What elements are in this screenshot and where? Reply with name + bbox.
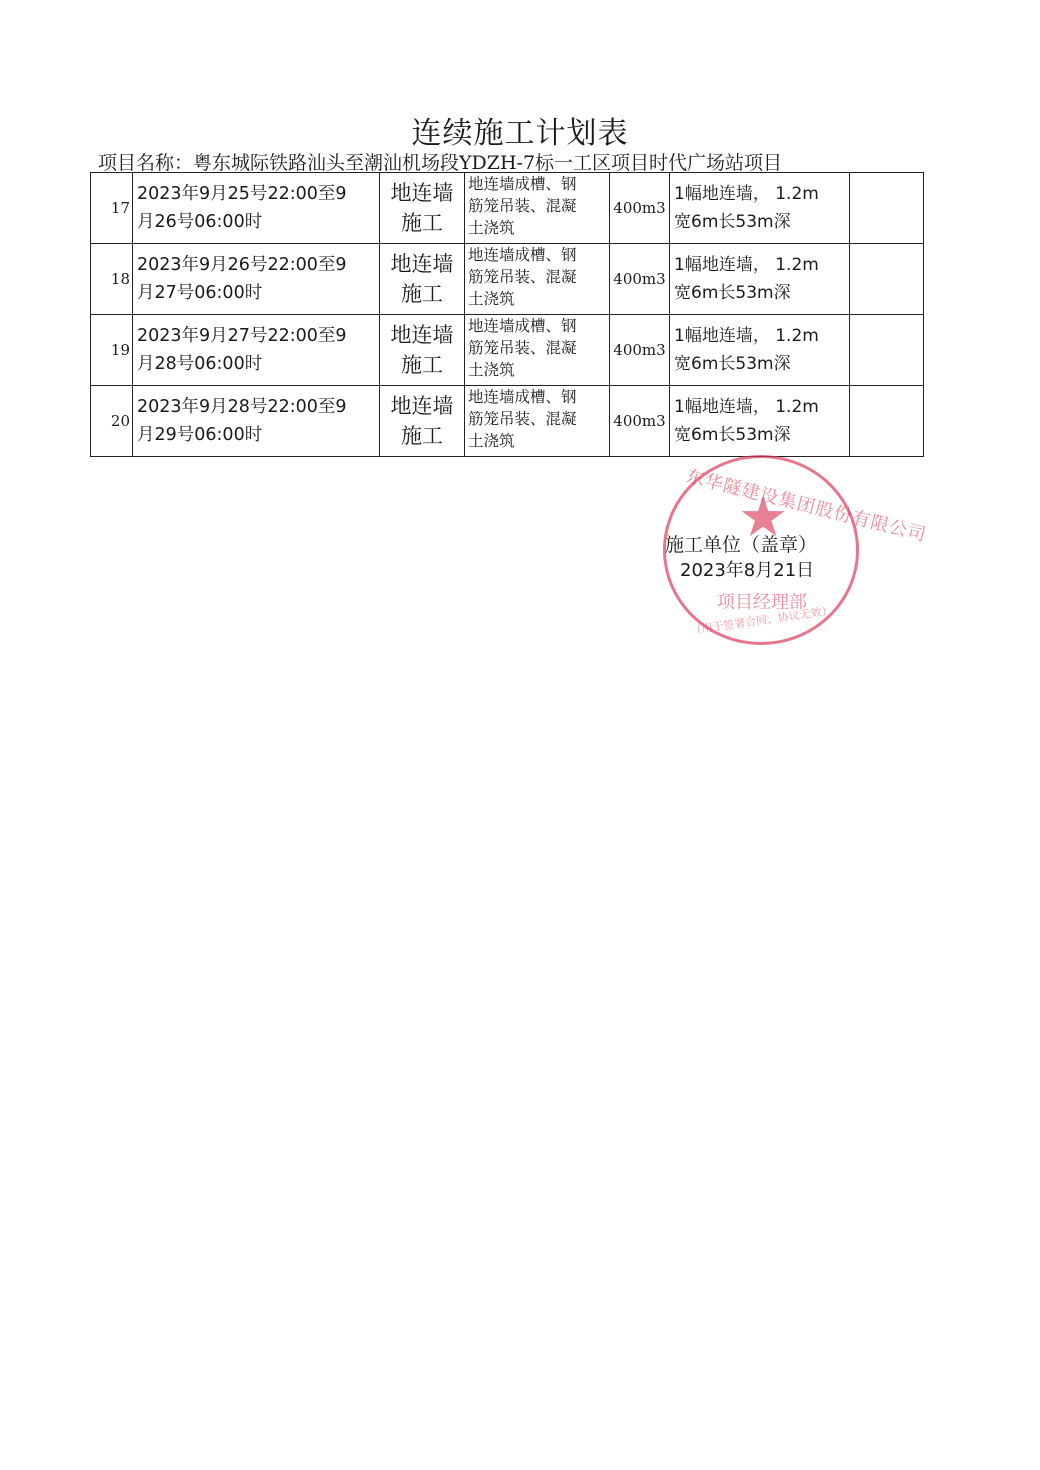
type-cell: 地连墙 施工	[380, 244, 465, 315]
seq-cell: 19	[91, 315, 133, 386]
description-cell: 1幅地连墙， 1.2m 宽6m长53m深	[670, 244, 850, 315]
quantity-cell: 400m3	[610, 244, 670, 315]
desc-line: 宽6m长53m深	[674, 350, 849, 378]
project-name: 项目名称：粤东城际铁路汕头至潮汕机场段YDZH-7标一工区项目时代广场站项目	[98, 148, 782, 175]
content-cell: 地连墙成槽、钢 筋笼吊装、混凝 土浇筑	[465, 315, 610, 386]
type-line: 地连墙	[380, 178, 464, 208]
content-line: 地连墙成槽、钢	[468, 386, 609, 408]
remark-cell	[850, 173, 924, 244]
type-cell: 地连墙 施工	[380, 173, 465, 244]
type-cell: 地连墙 施工	[380, 315, 465, 386]
date-line: 月29号06:00时	[137, 421, 379, 449]
content-line: 地连墙成槽、钢	[468, 315, 609, 337]
remark-cell	[850, 244, 924, 315]
desc-line: 1幅地连墙， 1.2m	[674, 393, 849, 421]
description-cell: 1幅地连墙， 1.2m 宽6m长53m深	[670, 315, 850, 386]
type-cell: 地连墙 施工	[380, 386, 465, 457]
quantity-cell: 400m3	[610, 386, 670, 457]
desc-line: 宽6m长53m深	[674, 279, 849, 307]
quantity-cell: 400m3	[610, 315, 670, 386]
quantity-cell: 400m3	[610, 173, 670, 244]
type-line: 地连墙	[380, 391, 464, 421]
date-line: 月28号06:00时	[137, 350, 379, 378]
desc-line: 1幅地连墙， 1.2m	[674, 322, 849, 350]
signature-date: 2023年8月21日	[680, 556, 814, 582]
remark-cell	[850, 386, 924, 457]
seq-cell: 20	[91, 386, 133, 457]
date-line: 2023年9月25号22:00至9	[137, 180, 379, 208]
content-line: 筋笼吊装、混凝	[468, 195, 609, 217]
remark-cell	[850, 315, 924, 386]
date-line: 月27号06:00时	[137, 279, 379, 307]
content-line: 土浇筑	[468, 217, 609, 239]
content-line: 筋笼吊装、混凝	[468, 408, 609, 430]
date-line: 2023年9月27号22:00至9	[137, 322, 379, 350]
content-line: 土浇筑	[468, 430, 609, 452]
desc-line: 宽6m长53m深	[674, 421, 849, 449]
content-line: 土浇筑	[468, 288, 609, 310]
table-row: 17 2023年9月25号22:00至9 月26号06:00时 地连墙 施工 地…	[91, 173, 924, 244]
type-line: 施工	[380, 421, 464, 451]
date-cell: 2023年9月26号22:00至9 月27号06:00时	[133, 244, 380, 315]
desc-line: 1幅地连墙， 1.2m	[674, 180, 849, 208]
construction-plan-table: 17 2023年9月25号22:00至9 月26号06:00时 地连墙 施工 地…	[90, 172, 924, 457]
seq-cell: 18	[91, 244, 133, 315]
table-row: 19 2023年9月27号22:00至9 月28号06:00时 地连墙 施工 地…	[91, 315, 924, 386]
content-line: 地连墙成槽、钢	[468, 244, 609, 266]
content-cell: 地连墙成槽、钢 筋笼吊装、混凝 土浇筑	[465, 173, 610, 244]
description-cell: 1幅地连墙， 1.2m 宽6m长53m深	[670, 386, 850, 457]
table-row: 18 2023年9月26号22:00至9 月27号06:00时 地连墙 施工 地…	[91, 244, 924, 315]
date-cell: 2023年9月25号22:00至9 月26号06:00时	[133, 173, 380, 244]
desc-line: 1幅地连墙， 1.2m	[674, 251, 849, 279]
table-row: 20 2023年9月28号22:00至9 月29号06:00时 地连墙 施工 地…	[91, 386, 924, 457]
date-line: 2023年9月28号22:00至9	[137, 393, 379, 421]
description-cell: 1幅地连墙， 1.2m 宽6m长53m深	[670, 173, 850, 244]
type-line: 施工	[380, 279, 464, 309]
content-line: 地连墙成槽、钢	[468, 173, 609, 195]
date-cell: 2023年9月27号22:00至9 月28号06:00时	[133, 315, 380, 386]
type-line: 地连墙	[380, 249, 464, 279]
content-line: 筋笼吊装、混凝	[468, 266, 609, 288]
seq-cell: 17	[91, 173, 133, 244]
date-line: 月26号06:00时	[137, 208, 379, 236]
date-cell: 2023年9月28号22:00至9 月29号06:00时	[133, 386, 380, 457]
content-cell: 地连墙成槽、钢 筋笼吊装、混凝 土浇筑	[465, 244, 610, 315]
construction-unit-label: 施工单位（盖章）	[665, 530, 817, 557]
document-title: 连续施工计划表	[0, 108, 1040, 152]
type-line: 施工	[380, 208, 464, 238]
date-line: 2023年9月26号22:00至9	[137, 251, 379, 279]
type-line: 施工	[380, 350, 464, 380]
content-cell: 地连墙成槽、钢 筋笼吊装、混凝 土浇筑	[465, 386, 610, 457]
type-line: 地连墙	[380, 320, 464, 350]
content-line: 土浇筑	[468, 359, 609, 381]
content-line: 筋笼吊装、混凝	[468, 337, 609, 359]
desc-line: 宽6m长53m深	[674, 208, 849, 236]
